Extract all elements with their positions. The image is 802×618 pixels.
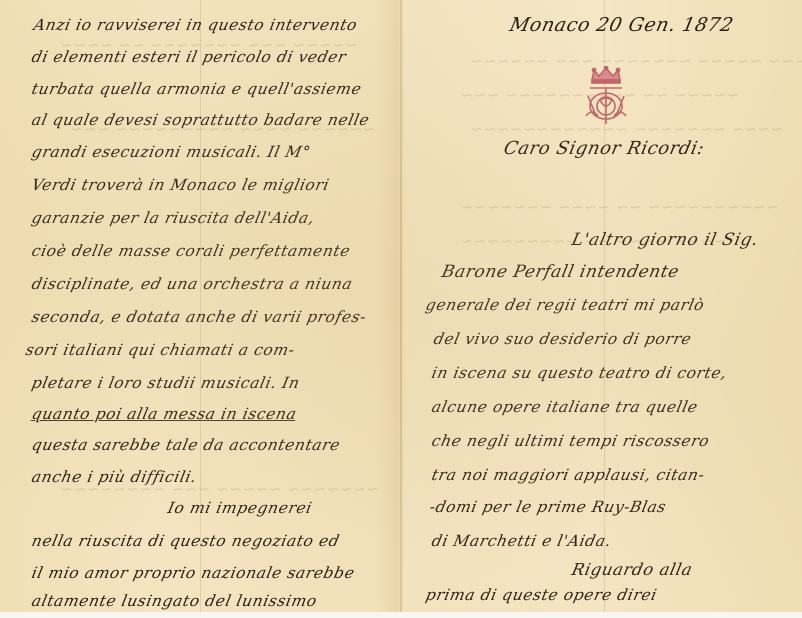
- handwritten-line: Io mi impegnerei: [166, 499, 314, 517]
- handwritten-line: in iscena su questo teatro di corte,: [430, 364, 729, 382]
- handwritten-line: del vivo suo desiderio di porre: [432, 330, 693, 348]
- handwritten-line: pletare i loro studii musicali. In: [30, 374, 301, 392]
- handwritten-line: al quale devesi soprattutto badare nelle: [30, 111, 371, 129]
- handwritten-line: turbata quella armonia e quell'assieme: [30, 80, 363, 98]
- handwritten-line: nella riuscita di questo negoziato ed: [30, 532, 341, 550]
- crowned-monogram-icon: [580, 66, 632, 128]
- handwritten-line: altamente lusingato del lunissimo: [30, 592, 319, 610]
- handwritten-line: seconda, e dotata anche di varii profes-: [30, 308, 368, 326]
- handwritten-line: disciplinate, ed una orchestra a niuna: [30, 275, 354, 293]
- handwritten-line: cioè delle masse corali perfettamente: [30, 242, 352, 260]
- handwritten-line: di Marchetti e l'Aida.: [430, 532, 613, 550]
- handwritten-line: che negli ultimi tempi riscossero: [430, 432, 711, 450]
- salutation: Caro Signor Ricordi:: [502, 138, 707, 159]
- handwritten-line: questa sarebbe tale da accontentare: [30, 436, 342, 454]
- handwritten-line: generale dei regii teatri mi parlò: [424, 296, 706, 314]
- handwritten-line: garanzie per la riuscita dell'Aida,: [30, 209, 316, 227]
- handwritten-line: il mio amor proprio nazionale sarebbe: [30, 564, 356, 582]
- handwritten-line: di elementi esteri il pericolo di veder: [30, 48, 348, 66]
- handwritten-line: anche i più difficili.: [30, 468, 198, 486]
- handwritten-line: sori italiani qui chiamati a com-: [24, 341, 296, 359]
- handwritten-line: Riguardo alla: [570, 560, 694, 579]
- dateline: Monaco 20 Gen. 1872: [508, 14, 736, 36]
- handwritten-line: grandi esecuzioni musicali. Il M°: [30, 143, 312, 161]
- handwritten-line: Barone Perfall intendente: [440, 262, 681, 282]
- scan-border: [0, 612, 802, 618]
- left-page: Anzi io ravviserei in questo intervento …: [0, 0, 400, 612]
- handwritten-line: -domi per le prime Ruy-Blas: [428, 498, 668, 516]
- handwritten-line: prima di queste opere direi: [424, 586, 659, 604]
- handwritten-line: alcune opere italiane tra quelle: [430, 398, 700, 416]
- letter-scan: ~~~~ ~~~~~ ~~~~~~~ ~~~ ~~~~~~ ~~~~~ ~~ ~…: [0, 0, 802, 612]
- handwritten-line: tra noi maggiori applausi, citan-: [430, 466, 706, 484]
- handwritten-line: Anzi io ravviserei in questo intervento: [32, 16, 359, 34]
- handwritten-line: quanto poi alla messa in iscena: [30, 405, 298, 423]
- handwritten-line: L'altro giorno il Sig.: [570, 230, 761, 250]
- handwritten-line: Verdi troverà in Monaco le migliori: [30, 176, 331, 194]
